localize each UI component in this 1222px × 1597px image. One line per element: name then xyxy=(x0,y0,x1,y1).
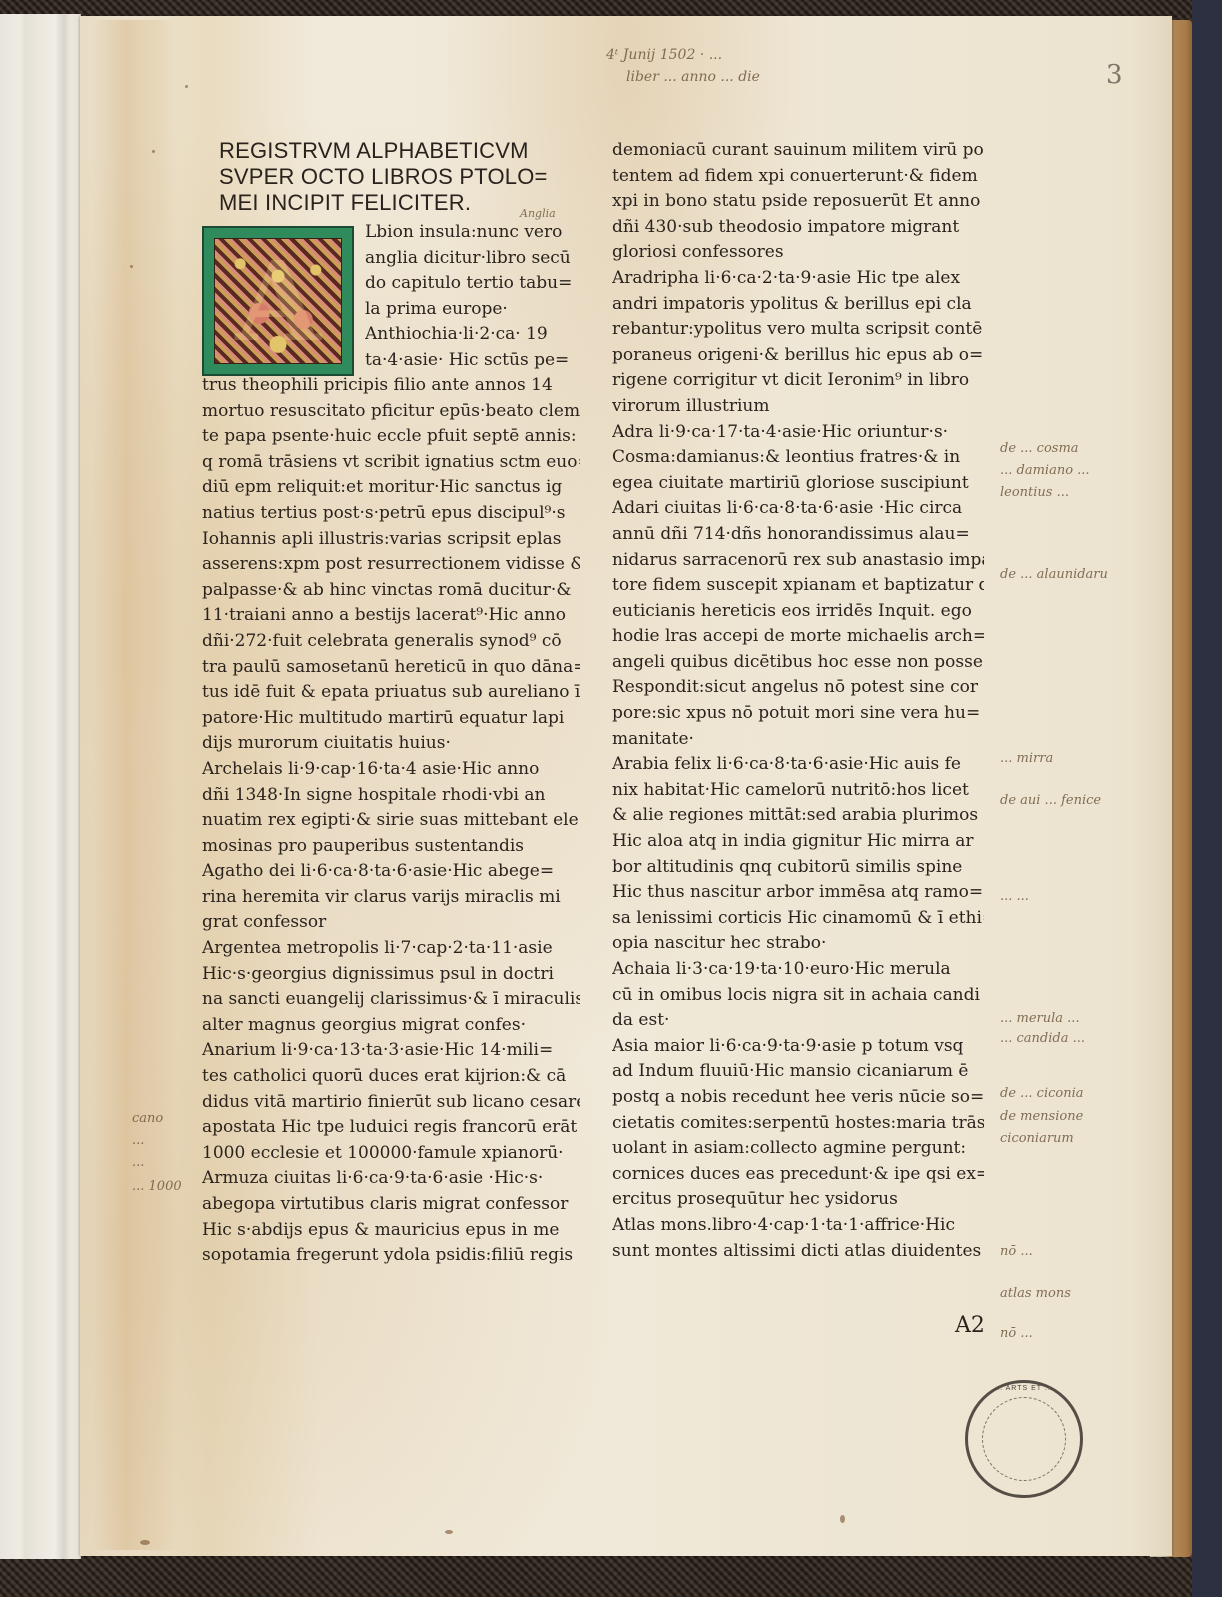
text-line: Adari ciuitas li·6·ca·8·ta·6·asie ·Hic c… xyxy=(612,496,984,522)
text-line: sunt montes altissimi dicti atlas diuide… xyxy=(612,1239,984,1265)
text-line: Hic aloa atq in india gignitur Hic mirra… xyxy=(612,829,984,855)
top-note-line: 4ᵗ Junij 1502 · ... xyxy=(606,44,760,66)
text-line: trus theophili pricipis filio ante annos… xyxy=(202,373,580,399)
text-line: rina heremita vir clarus varijs miraclis… xyxy=(202,885,580,911)
marginal-note: ... damiano ... xyxy=(1000,462,1090,480)
marginal-note: nō ... xyxy=(1000,1243,1033,1261)
marginal-note: de ... ciconia xyxy=(1000,1085,1084,1103)
text-line: ercitus prosequūtur hec ysidorus xyxy=(612,1187,984,1213)
text-line: da est· xyxy=(612,1008,984,1034)
text-line: Hic thus nascitur arbor immēsa atq ramo= xyxy=(612,880,984,906)
text-line: 11·traiani anno a bestijs lacerat⁹·Hic a… xyxy=(202,603,580,629)
text-line: anglia dicitur·libro secū xyxy=(365,246,580,272)
text-line: egea ciuitate martiriū gloriose suscipiu… xyxy=(612,471,984,497)
initial-letter: A xyxy=(204,228,352,374)
text-line: annū dñi 714·dñs honorandissimus alau= xyxy=(612,522,984,548)
library-stamp: ... ARTS ET ... xyxy=(965,1380,1083,1498)
text-line: nix habitat·Hic camelorū nutritō:hos lic… xyxy=(612,778,984,804)
text-line: na sancti euangelij clarissimus·& ī mira… xyxy=(202,987,580,1013)
text-line: uolant in asiam:collecto agmine pergunt: xyxy=(612,1136,984,1162)
text-line: nidarus sarracenorū rex sub anastasio im… xyxy=(612,548,984,574)
title-line: REGISTRVM ALPHABETICVM xyxy=(219,138,599,164)
text-line: didus vitā martirio finierūt sub licano … xyxy=(202,1090,580,1116)
marginal-note: de aui ... fenice xyxy=(1000,792,1101,810)
marginal-note: nō ... xyxy=(1000,1325,1033,1343)
foxing-speck xyxy=(445,1530,453,1534)
text-line: q romā trāsiens vt scribit ignatius sctm… xyxy=(202,450,580,476)
text-line: rigene corrigitur vt dicit Ieronim⁹ in l… xyxy=(612,368,984,394)
marginal-note: cano xyxy=(132,1110,163,1128)
text-line: gloriosi confessores xyxy=(612,240,984,266)
text-line: dñi 430·sub theodosio impatore migrant xyxy=(612,215,984,241)
text-line: cietatis comites:serpentū hostes:maria t… xyxy=(612,1111,984,1137)
text-line: & alie regiones mittāt:sed arabia plurim… xyxy=(612,803,984,829)
text-line: abegopa virtutibus claris migrat confess… xyxy=(202,1192,580,1218)
marginal-note: ciconiarum xyxy=(1000,1130,1074,1148)
text-line: dijs murorum ciuitatis huius· xyxy=(202,731,580,757)
text-line: angeli quibus dicētibus hoc esse non pos… xyxy=(612,650,984,676)
text-line: ad Indum fluuiū·Hic mansio cicaniarum ē xyxy=(612,1059,984,1085)
foxing-speck xyxy=(185,85,188,88)
foxing-speck xyxy=(152,150,155,153)
marginal-note: de mensione xyxy=(1000,1108,1083,1126)
text-line: Archelais li·9·cap·16·ta·4 asie·Hic anno xyxy=(202,757,580,783)
text-line: tra paulū samosetanū hereticū in quo dān… xyxy=(202,655,580,681)
text-line: dñi 1348·In signe hospitale rhodi·vbi an xyxy=(202,783,580,809)
text-line: poraneus origeni·& berillus hic epus ab … xyxy=(612,343,984,369)
marginal-note: ... xyxy=(132,1132,144,1150)
folio-number: 3 xyxy=(1106,60,1123,90)
text-line: Armuza ciuitas li·6·ca·9·ta·6·asie ·Hic·… xyxy=(202,1166,580,1192)
text-line: do capitulo tertio tabu= xyxy=(365,271,580,297)
text-line: la prima europe· xyxy=(365,297,580,323)
text-line: Atlas mons.libro·4·cap·1·ta·1·affrice·Hi… xyxy=(612,1213,984,1239)
text-line: sa lenissimi corticis Hic cinamomū & ī e… xyxy=(612,906,984,932)
text-line: Hic s·abdijs epus & mauricius epus in me xyxy=(202,1218,580,1244)
text-line: te papa psente·huic eccle pfuit septē an… xyxy=(202,424,580,450)
text-line: pore:sic xpus nō potuit mori sine vera h… xyxy=(612,701,984,727)
text-line: Anarium li·9·ca·13·ta·3·asie·Hic 14·mili… xyxy=(202,1038,580,1064)
text-line: Agatho dei li·6·ca·8·ta·6·asie·Hic abege… xyxy=(202,859,580,885)
marginal-note: ... xyxy=(132,1154,144,1172)
gutter-stain xyxy=(92,20,177,1550)
text-line: 1000 ecclesie et 100000·famule xpianorū· xyxy=(202,1141,580,1167)
handwritten-top-note: 4ᵗ Junij 1502 · ... liber ... anno ... d… xyxy=(606,44,760,88)
marginal-note: de ... alaunidaru xyxy=(1000,566,1108,584)
signature-mark: A2 xyxy=(955,1313,985,1338)
text-line: euticianis hereticis eos irridēs Inquit.… xyxy=(612,599,984,625)
text-line: cornices duces eas precedunt·& ipe qsi e… xyxy=(612,1162,984,1188)
marginal-note: ... ... xyxy=(1000,888,1029,906)
text-line: postq a nobis recedunt hee veris nūcie s… xyxy=(612,1085,984,1111)
text-line: apostata Hic tpe luduici regis francorū … xyxy=(202,1115,580,1141)
left-column-intro: Lbion insula:nunc veroanglia dicitur·lib… xyxy=(365,220,580,374)
text-line: Argentea metropolis li·7·cap·2·ta·11·asi… xyxy=(202,936,580,962)
text-line: Aradripha li·6·ca·2·ta·9·asie Hic tpe al… xyxy=(612,266,984,292)
text-line: Achaia li·3·ca·19·ta·10·euro·Hic merula xyxy=(612,957,984,983)
illuminated-initial: A xyxy=(202,226,354,376)
text-line: Cosma:damianus:& leontius fratres·& in xyxy=(612,445,984,471)
foxing-speck xyxy=(840,1515,845,1523)
text-line: Asia maior li·6·ca·9·ta·9·asie p totum v… xyxy=(612,1034,984,1060)
text-line: Hic·s·georgius dignissimus psul in doctr… xyxy=(202,962,580,988)
text-line: mosinas pro pauperibus sustentandis xyxy=(202,834,580,860)
text-line: sopotamia fregerunt ydola psidis:filiū r… xyxy=(202,1243,580,1269)
marginal-note: ... 1000 xyxy=(132,1178,182,1196)
text-line: patore·Hic multitudo martirū equatur lap… xyxy=(202,706,580,732)
stamp-text: ... ARTS ET ... xyxy=(968,1385,1080,1392)
foxing-speck xyxy=(140,1540,150,1545)
text-line: opia nascitur hec strabo· xyxy=(612,931,984,957)
text-line: Anthiochia·li·2·ca· 19 xyxy=(365,322,580,348)
marginal-note: ... mirra xyxy=(1000,750,1053,768)
left-column: trus theophili pricipis filio ante annos… xyxy=(202,373,580,1269)
marginal-note: ... candida ... xyxy=(1000,1030,1085,1048)
text-line: diū epm reliquit:et moritur·Hic sanctus … xyxy=(202,475,580,501)
marginal-note: ... merula ... xyxy=(1000,1010,1080,1028)
top-note-line: liber ... anno ... die xyxy=(606,66,760,88)
previous-pages-stack xyxy=(0,14,81,1559)
text-line: palpasse·& ab hinc vinctas romā ducitur·… xyxy=(202,578,580,604)
text-line: bor altitudinis qnq cubitorū similis spi… xyxy=(612,855,984,881)
text-line: tus idē fuit & epata priuatus sub aureli… xyxy=(202,680,580,706)
text-line: xpi in bono statu pside reposuerūt Et an… xyxy=(612,189,984,215)
text-line: andri impatoris ypolitus & berillus epi … xyxy=(612,292,984,318)
text-line: ta·4·asie· Hic sctūs pe= xyxy=(365,348,580,374)
text-line: Adra li·9·ca·17·ta·4·asie·Hic oriuntur·s… xyxy=(612,420,984,446)
text-line: hodie lras accepi de morte michaelis arc… xyxy=(612,624,984,650)
foxing-speck xyxy=(130,265,133,268)
title-line: SVPER OCTO LIBROS PTOLO= xyxy=(219,164,599,190)
background-right-edge xyxy=(1192,0,1222,1597)
text-line: Lbion insula:nunc vero xyxy=(365,220,580,246)
text-line: Arabia felix li·6·ca·8·ta·6·asie·Hic aui… xyxy=(612,752,984,778)
text-line: asserens:xpm post resurrectionem vidisse… xyxy=(202,552,580,578)
text-line: nuatim rex egipti·& sirie suas mittebant… xyxy=(202,808,580,834)
text-line: natius tertius post·s·petrū epus discipu… xyxy=(202,501,580,527)
text-line: dñi·272·fuit celebrata generalis synod⁹ … xyxy=(202,629,580,655)
text-line: tentem ad fidem xpi conuerterunt·& fidem xyxy=(612,164,984,190)
text-line: tore fidem suscepit xpianam et baptizatu… xyxy=(612,573,984,599)
marginal-note: de ... cosma xyxy=(1000,440,1079,458)
text-line: alter magnus georgius migrat confes· xyxy=(202,1013,580,1039)
text-line: grat confessor xyxy=(202,910,580,936)
marginal-note: leontius ... xyxy=(1000,484,1069,502)
text-line: Iohannis apli illustris:varias scripsit … xyxy=(202,527,580,553)
text-line: manitate· xyxy=(612,727,984,753)
text-line: demoniacū curant sauinum militem virū po xyxy=(612,138,984,164)
marginal-note: atlas mons xyxy=(1000,1285,1071,1303)
right-column: demoniacū curant sauinum militem virū po… xyxy=(612,138,984,1264)
text-line: Respondit:sicut angelus nō potest sine c… xyxy=(612,675,984,701)
text-line: rebantur:ypolitus vero multa scripsit co… xyxy=(612,317,984,343)
text-line: tes catholici quorū duces erat kijrion:&… xyxy=(202,1064,580,1090)
text-line: cū in omibus locis nigra sit in achaia c… xyxy=(612,983,984,1009)
text-line: mortuo resuscitato pficitur epūs·beato c… xyxy=(202,399,580,425)
text-line: virorum illustrium xyxy=(612,394,984,420)
